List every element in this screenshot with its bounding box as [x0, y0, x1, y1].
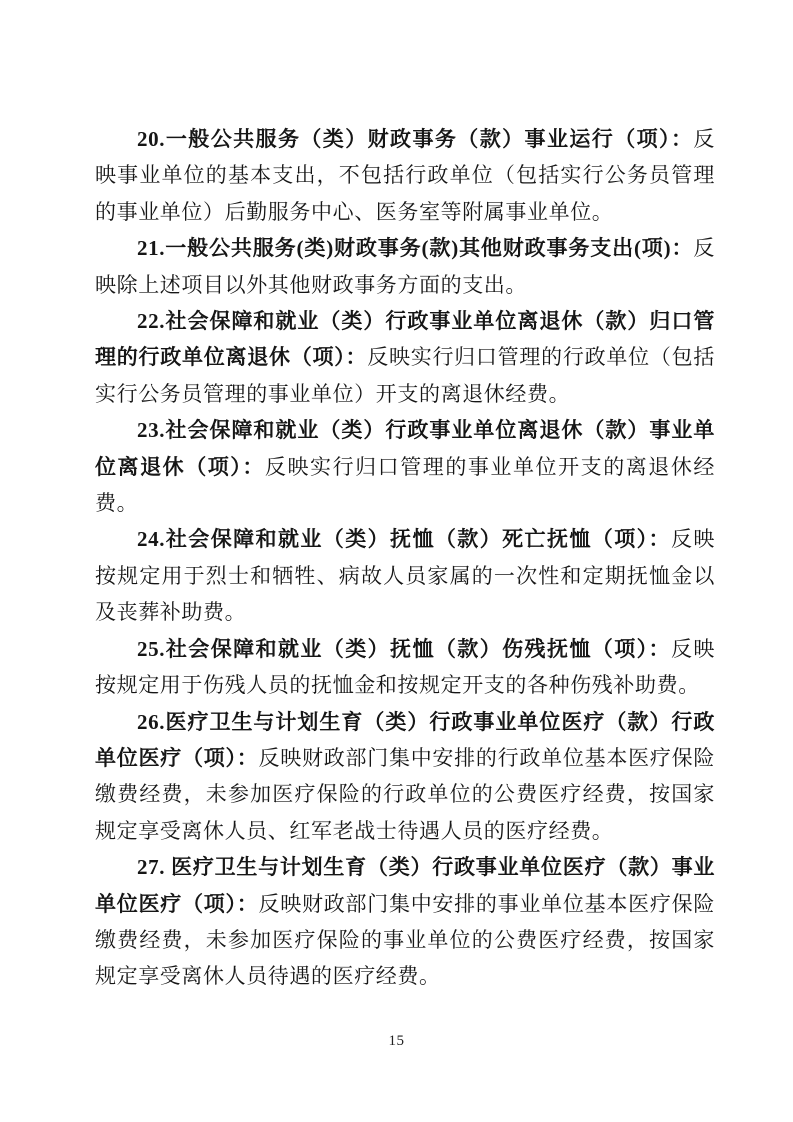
budget-item-23: 23.社会保障和就业（类）行政事业单位离退休（款）事业单位离退休（项）：反映实行…	[95, 412, 715, 521]
budget-item-26: 26.医疗卫生与计划生育（类）行政事业单位医疗（款）行政单位医疗（项）：反映财政…	[95, 704, 715, 850]
budget-item-25: 25.社会保障和就业（类）抚恤（款）伤残抚恤（项）：反映按规定用于伤残人员的抚恤…	[95, 631, 715, 704]
budget-item-22: 22.社会保障和就业（类）行政事业单位离退休（款）归口管理的行政单位离退休（项）…	[95, 303, 715, 412]
paragraph-lead: 20.一般公共服务（类）财政事务（款）事业运行（项）：	[137, 127, 693, 151]
budget-item-24: 24.社会保障和就业（类）抚恤（款）死亡抚恤（项）：反映按规定用于烈士和牺牲、病…	[95, 521, 715, 630]
paragraph-lead: 25.社会保障和就业（类）抚恤（款）伤残抚恤（项）：	[137, 637, 671, 661]
budget-item-27: 27. 医疗卫生与计划生育（类）行政事业单位医疗（款）事业单位医疗（项）：反映财…	[95, 849, 715, 995]
budget-item-21: 21.一般公共服务(类)财政事务(款)其他财政事务支出(项)：反映除上述项目以外…	[95, 230, 715, 303]
paragraph-lead: 21.一般公共服务(类)财政事务(款)其他财政事务支出(项)：	[137, 236, 693, 260]
document-page: 20.一般公共服务（类）财政事务（款）事业运行（项）：反映事业单位的基本支出，不…	[0, 0, 793, 1122]
document-body: 20.一般公共服务（类）财政事务（款）事业运行（项）：反映事业单位的基本支出，不…	[95, 121, 715, 995]
budget-item-20: 20.一般公共服务（类）财政事务（款）事业运行（项）：反映事业单位的基本支出，不…	[95, 121, 715, 230]
page-number: 15	[0, 1033, 793, 1050]
paragraph-lead: 24.社会保障和就业（类）抚恤（款）死亡抚恤（项）：	[137, 527, 671, 551]
